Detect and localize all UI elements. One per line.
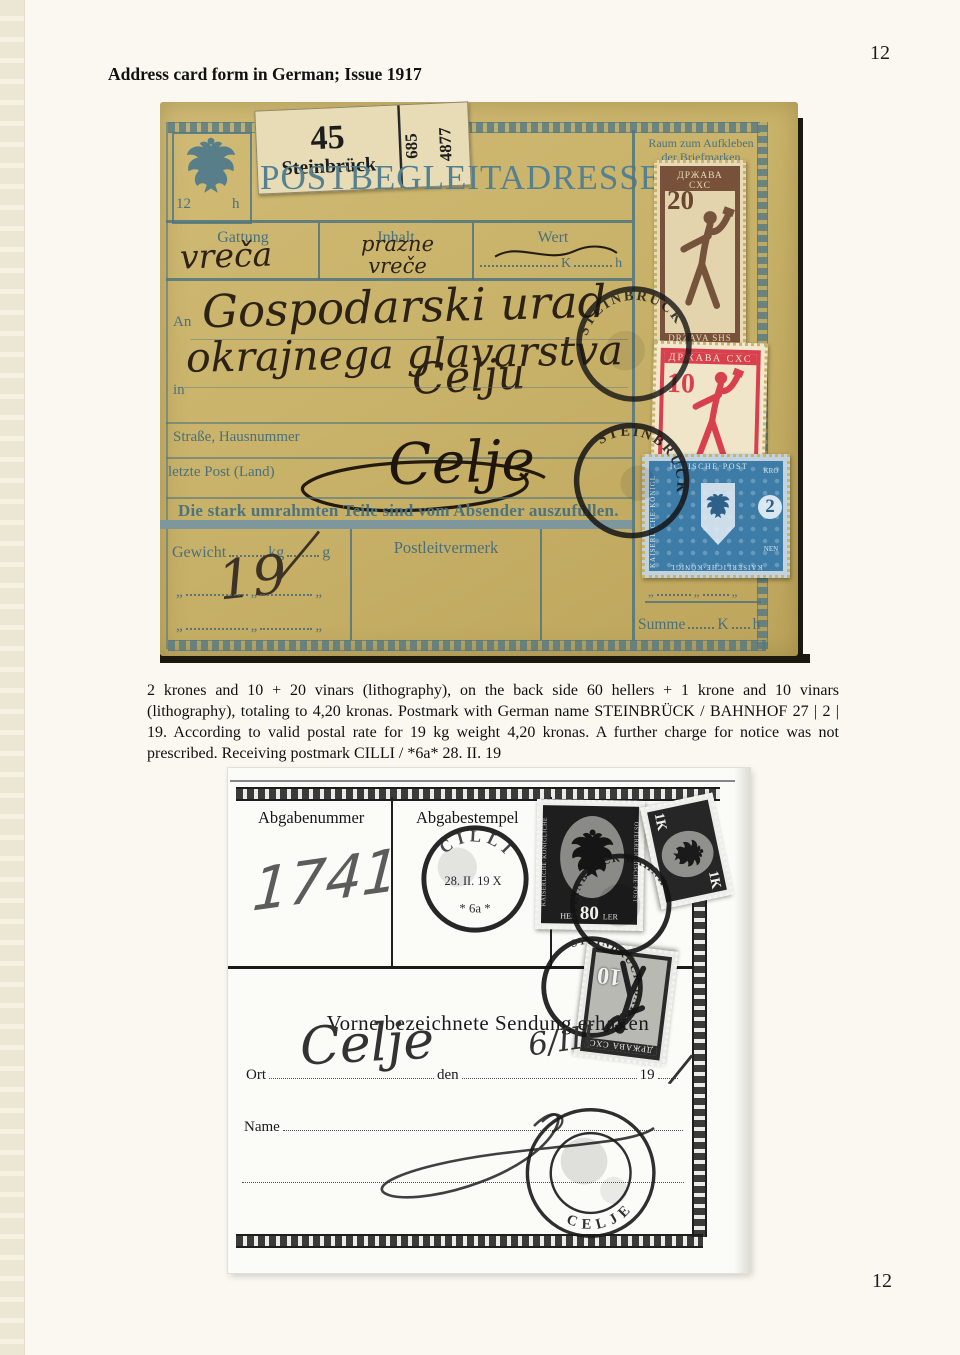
svg-text:STEINBRÜCK: STEINBRÜCK xyxy=(576,288,688,338)
page-number-top: 12 xyxy=(870,42,890,65)
ditto-mark: „ xyxy=(694,584,700,600)
postmark-town: CELJE xyxy=(562,1197,640,1237)
svg-text:CELJE: CELJE xyxy=(562,1197,640,1237)
dotted-line xyxy=(688,612,714,629)
handwriting-year-stroke: / xyxy=(669,1045,692,1093)
imprint-unit: h xyxy=(232,196,240,213)
wert-k-label: K xyxy=(561,256,571,272)
dotted-line xyxy=(260,614,312,630)
frame-left-rule xyxy=(166,122,168,649)
scan-edge-shading xyxy=(734,768,750,1273)
ditto-mark: „ xyxy=(251,584,258,601)
name-label: Name xyxy=(244,1119,280,1136)
dotted-line xyxy=(186,580,248,596)
caption-text: 2 krones and 10 + 20 vinars (lithography… xyxy=(147,680,839,764)
card-top-edge xyxy=(230,780,735,782)
bottom-divider xyxy=(540,529,542,640)
ditto-mark: „ xyxy=(315,618,322,635)
ditto-row: „ „ „ xyxy=(176,580,322,601)
bottom-divider xyxy=(350,529,352,640)
imprint-box: 12 h xyxy=(172,132,252,224)
stamp-value: 2 xyxy=(758,495,782,519)
abgabenummer-label: Abgabenummer xyxy=(258,808,364,828)
dotted-line xyxy=(732,612,750,629)
ditto-row: „ „ „ xyxy=(176,614,322,635)
double-eagle-icon xyxy=(183,136,239,203)
field-label-in: in xyxy=(173,382,185,399)
summe-row: Summe K h xyxy=(638,612,760,634)
album-page: 12 Address card form in German; Issue 19… xyxy=(0,0,960,1355)
rule xyxy=(166,422,632,424)
imprint-value: 12 xyxy=(176,196,191,213)
handwriting-an-line2: okrajnega glavarstva xyxy=(186,326,624,382)
back-card-scan: Abgabenummer Abgabestempel er 1741 CILLI… xyxy=(228,768,750,1273)
ornament-border-bottom xyxy=(168,640,766,651)
handwriting-ort: Celje xyxy=(299,1011,436,1078)
year-printed: 19 xyxy=(640,1067,655,1084)
rule-light xyxy=(184,387,628,388)
summe-h-label: h xyxy=(753,616,761,634)
front-card-scan: 12 h 45 Steinbrück 685 4877 POSTBEGLEITA… xyxy=(160,102,812,668)
shield-eagle-icon xyxy=(705,491,731,526)
rule xyxy=(166,220,632,223)
dotted-line xyxy=(657,582,691,596)
dotted-line xyxy=(260,580,312,596)
handwriting-inhalt-2: vreče xyxy=(325,254,470,278)
ditto-mark: „ xyxy=(315,584,322,601)
dotted-line xyxy=(574,252,612,267)
postmark-steinbrueck-ring: STEINBRÜCK xyxy=(568,278,700,415)
field-label-an: An xyxy=(173,314,191,331)
ornament-border-top xyxy=(236,787,720,801)
stamp-nen-text: NEN xyxy=(761,545,781,553)
form-header: POSTBEGLEITADRESSE xyxy=(260,158,662,198)
rule xyxy=(645,601,761,603)
summe-ditto-row: „ „ „ xyxy=(648,582,737,600)
ditto-mark: „ xyxy=(732,584,738,600)
page-title: Address card form in German; Issue 1917 xyxy=(108,64,422,85)
dotted-line xyxy=(186,614,248,630)
handwriting-in: Celju xyxy=(411,349,527,405)
rule-light xyxy=(190,339,628,340)
ditto-mark: „ xyxy=(251,618,258,635)
postleitvermerk-label: Postleitvermerk xyxy=(354,538,538,558)
handwriting-letzte-post: Celje xyxy=(387,427,536,498)
postmark-index: * 6a * xyxy=(459,901,490,915)
wert-amount-line: K h xyxy=(480,252,630,272)
handwriting-inhalt-1: prazne xyxy=(325,232,470,256)
postmark-cilli: CILLI 28. II. 19 X * 6a * xyxy=(416,820,534,943)
ditto-mark: „ xyxy=(176,618,183,635)
dotted-line xyxy=(703,582,729,596)
notice-band xyxy=(160,520,632,529)
summe-label: Summe xyxy=(638,616,685,634)
dotted-line xyxy=(462,1064,637,1079)
stamp-value: 1K xyxy=(704,870,723,891)
field-label-strasse: Straße, Hausnummer xyxy=(173,429,300,446)
binding-edge xyxy=(0,0,25,1355)
stamp-space-note-line1: Raum zum Aufkleben xyxy=(638,136,764,150)
postmark-celje: CELJE xyxy=(508,1091,674,1261)
wert-h-label: h xyxy=(615,256,622,272)
handwriting-gattung: vreča xyxy=(179,234,272,276)
stamp-bottom-text: KAISERLICHE·KÖNIGL xyxy=(663,563,769,571)
stamp-kro-text: KRO xyxy=(761,467,781,475)
ditto-mark: „ xyxy=(648,584,654,600)
summe-k-label: K xyxy=(717,616,728,634)
stamp-value: 1K xyxy=(650,812,669,833)
den-label: den xyxy=(437,1067,459,1084)
postmark-text: STEINBRÜCK xyxy=(576,288,688,338)
page-number-bottom: 12 xyxy=(872,1270,892,1293)
handwriting-abgabenummer: 1741 xyxy=(250,835,401,925)
field-label-letzte-post: letzte Post (Land) xyxy=(168,464,275,481)
stamp-side-text: KAISERLICHE·KÖNIGLICHE xyxy=(541,811,549,911)
ditto-mark: „ xyxy=(176,584,183,601)
ort-label: Ort xyxy=(246,1067,266,1084)
dotted-line xyxy=(480,252,558,267)
